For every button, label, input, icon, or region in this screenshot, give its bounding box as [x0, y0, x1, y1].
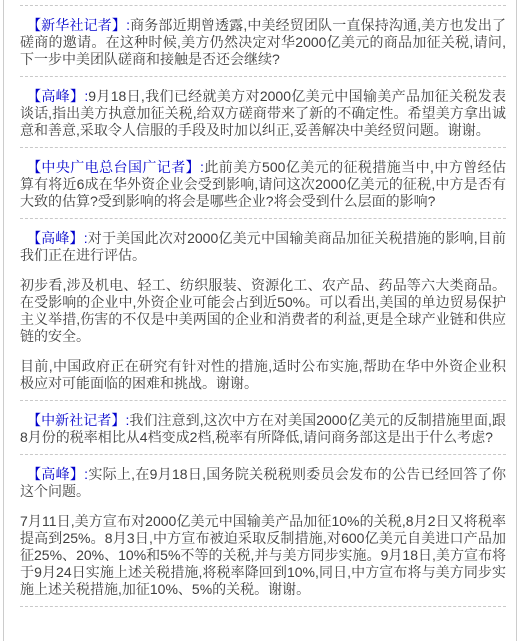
- qa-paragraph: 【高峰】:实际上,在9月18日,国务院关税税则委员会发布的公告已经回答了你这个问…: [20, 466, 506, 500]
- speaker-label: 【新华社记者】:: [27, 17, 130, 33]
- qa-paragraph: 【中新社记者】:我们注意到,这次中方在对美国2000亿美元的反制措施里面,跟8月…: [20, 412, 506, 446]
- paragraph-text: 实际上,在9月18日,国务院关税税则委员会发布的公告已经回答了你这个问题。: [20, 466, 506, 499]
- paragraph-text: 9月18日,我们已经就美方对2000亿美元中国输美产品加征关税发表谈话,指出美方…: [20, 88, 506, 138]
- qa-block-gaofeng-2: 【高峰】:对于美国此次对2000亿美元中国输美商品加征关税措施的影响,目前我们正…: [20, 219, 506, 401]
- qa-block-reporter-cns: 【中新社记者】:我们注意到,这次中方在对美国2000亿美元的反制措施里面,跟8月…: [20, 401, 506, 455]
- qa-paragraph: 7月11日,美方宣布对2000亿美元中国输美产品加征10%的关税,8月2日又将税…: [20, 513, 506, 598]
- qa-block-gaofeng-3: 【高峰】:实际上,在9月18日,国务院关税税则委员会发布的公告已经回答了你这个问…: [20, 455, 506, 607]
- speaker-label: 【高峰】:: [27, 230, 88, 246]
- speaker-label: 【高峰】:: [27, 88, 88, 104]
- qa-block-gaofeng-1: 【高峰】:9月18日,我们已经就美方对2000亿美元中国输美产品加征关税发表谈话…: [20, 77, 506, 148]
- qa-block-reporter-cnr: 【中央广电总台国广记者】:此前美方500亿美元的征税措施当中,中方曾经估算有将近…: [20, 148, 506, 219]
- qa-paragraph: 目前,中国政府正在研究有针对性的措施,适时公布实施,帮助在华中外资企业积极应对可…: [20, 358, 506, 392]
- qa-paragraph: 【新华社记者】:商务部近期曾透露,中美经贸团队一直保持沟通,美方也发出了磋商的邀…: [20, 17, 506, 68]
- qa-paragraph: 【中央广电总台国广记者】:此前美方500亿美元的征税措施当中,中方曾经估算有将近…: [20, 159, 506, 210]
- speaker-label: 【高峰】:: [27, 466, 88, 482]
- speaker-label: 【中新社记者】:: [27, 412, 129, 428]
- transcript-page: 【新华社记者】:商务部近期曾透露,中美经贸团队一直保持沟通,美方也发出了磋商的邀…: [3, 0, 517, 641]
- qa-paragraph: 初步看,涉及机电、轻工、纺织服装、资源化工、农产品、药品等六大类商品。在受影响的…: [20, 277, 506, 345]
- paragraph-text: 对于美国此次对2000亿美元中国输美商品加征关税措施的影响,目前我们正在进行评估…: [20, 230, 506, 263]
- qa-block-reporter-xinhua: 【新华社记者】:商务部近期曾透露,中美经贸团队一直保持沟通,美方也发出了磋商的邀…: [20, 5, 506, 77]
- qa-paragraph: 【高峰】:对于美国此次对2000亿美元中国输美商品加征关税措施的影响,目前我们正…: [20, 230, 506, 264]
- speaker-label: 【中央广电总台国广记者】:: [27, 159, 204, 175]
- qa-paragraph: 【高峰】:9月18日,我们已经就美方对2000亿美元中国输美产品加征关税发表谈话…: [20, 88, 506, 139]
